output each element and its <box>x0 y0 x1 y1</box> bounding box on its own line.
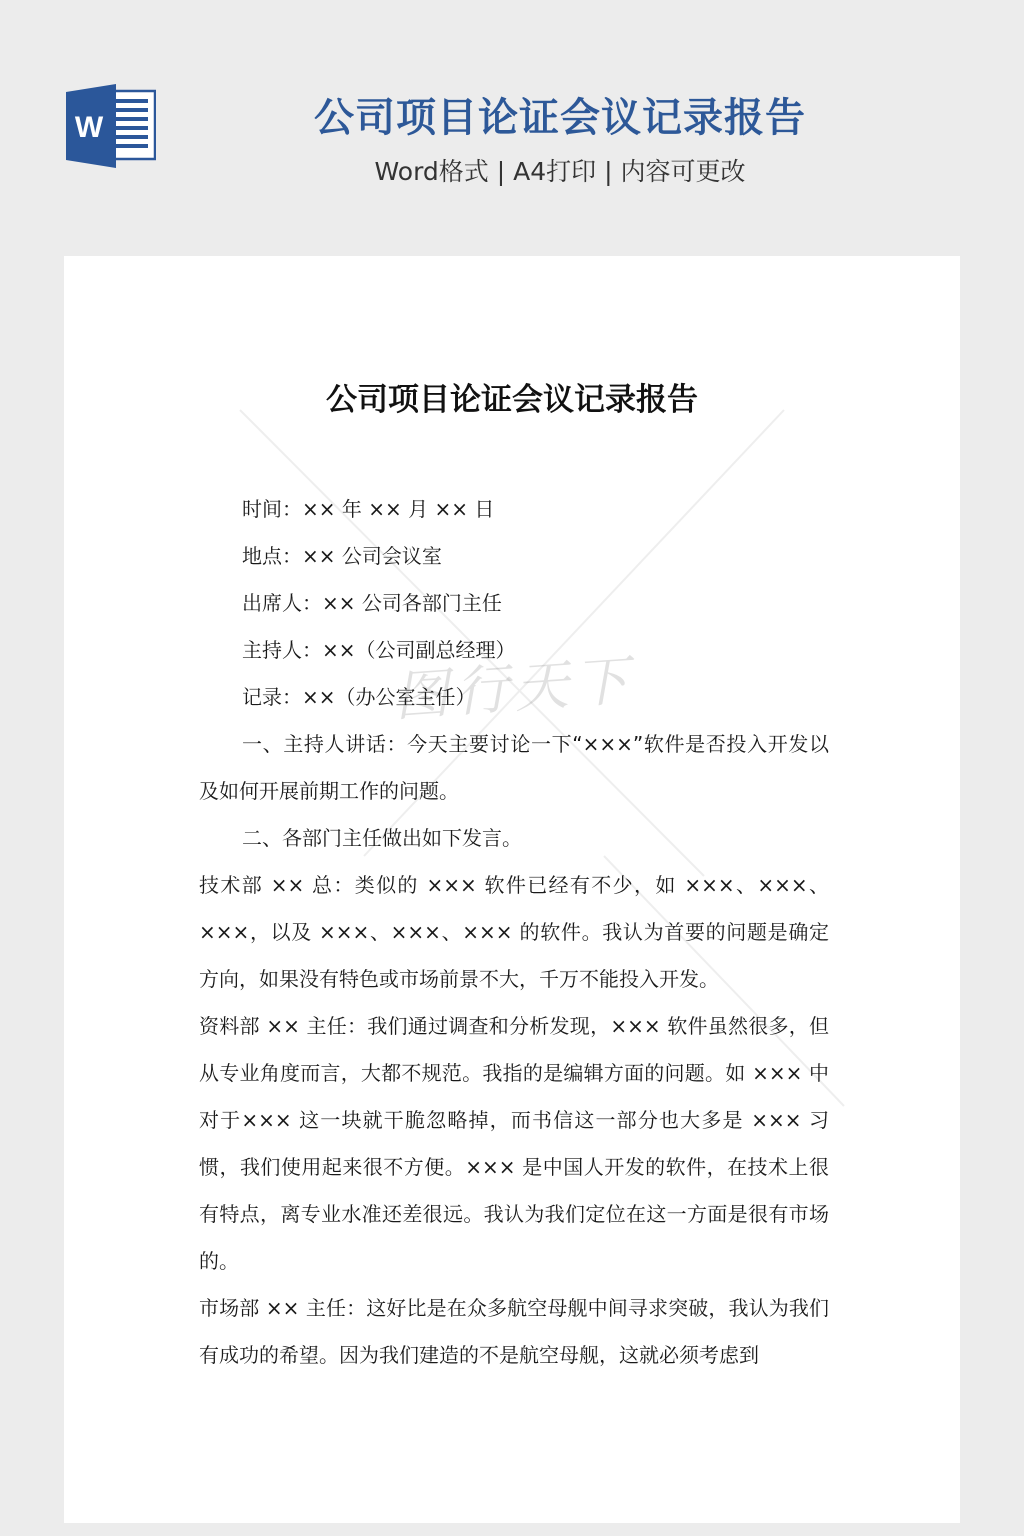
svg-text:W: W <box>75 111 104 144</box>
document-title: 公司项目论证会议记录报告 <box>64 378 960 422</box>
header-subtitle: Word格式 | A4打印 | 内容可更改 <box>300 154 820 190</box>
meta-attendees: 出席人：×× 公司各部门主任 <box>199 580 829 627</box>
section-department-speeches: 二、各部门主任做出如下发言。 <box>199 815 829 862</box>
meta-location: 地点：×× 公司会议室 <box>199 533 829 580</box>
speech-data-dept: 资料部 ×× 主任：我们通过调查和分析发现，××× 软件虽然很多，但从专业角度而… <box>199 1003 829 1285</box>
document-page: 图行天下 公司项目论证会议记录报告 时间：×× 年 ×× 月 ×× 日 地点：×… <box>64 256 960 1523</box>
word-document-icon: W <box>64 82 156 168</box>
document-body: 时间：×× 年 ×× 月 ×× 日 地点：×× 公司会议室 出席人：×× 公司各… <box>199 486 829 1379</box>
meta-host: 主持人：××（公司副总经理） <box>199 627 829 674</box>
header-title: 公司项目论证会议记录报告 <box>300 92 820 144</box>
speech-tech-dept: 技术部 ×× 总：类似的 ××× 软件已经有不少，如 ×××、×××、×××，以… <box>199 862 829 1003</box>
speech-market-dept: 市场部 ×× 主任：这好比是在众多航空母舰中间寻求突破，我认为我们有成功的希望。… <box>199 1285 829 1379</box>
meta-recorder: 记录：××（办公室主任） <box>199 674 829 721</box>
meta-time: 时间：×× 年 ×× 月 ×× 日 <box>199 486 829 533</box>
section-host-speech: 一、主持人讲话：今天主要讨论一下“×××”软件是否投入开发以及如何开展前期工作的… <box>199 721 829 815</box>
header-banner: W 公司项目论证会议记录报告 Word格式 | A4打印 | 内容可更改 <box>0 0 1024 256</box>
